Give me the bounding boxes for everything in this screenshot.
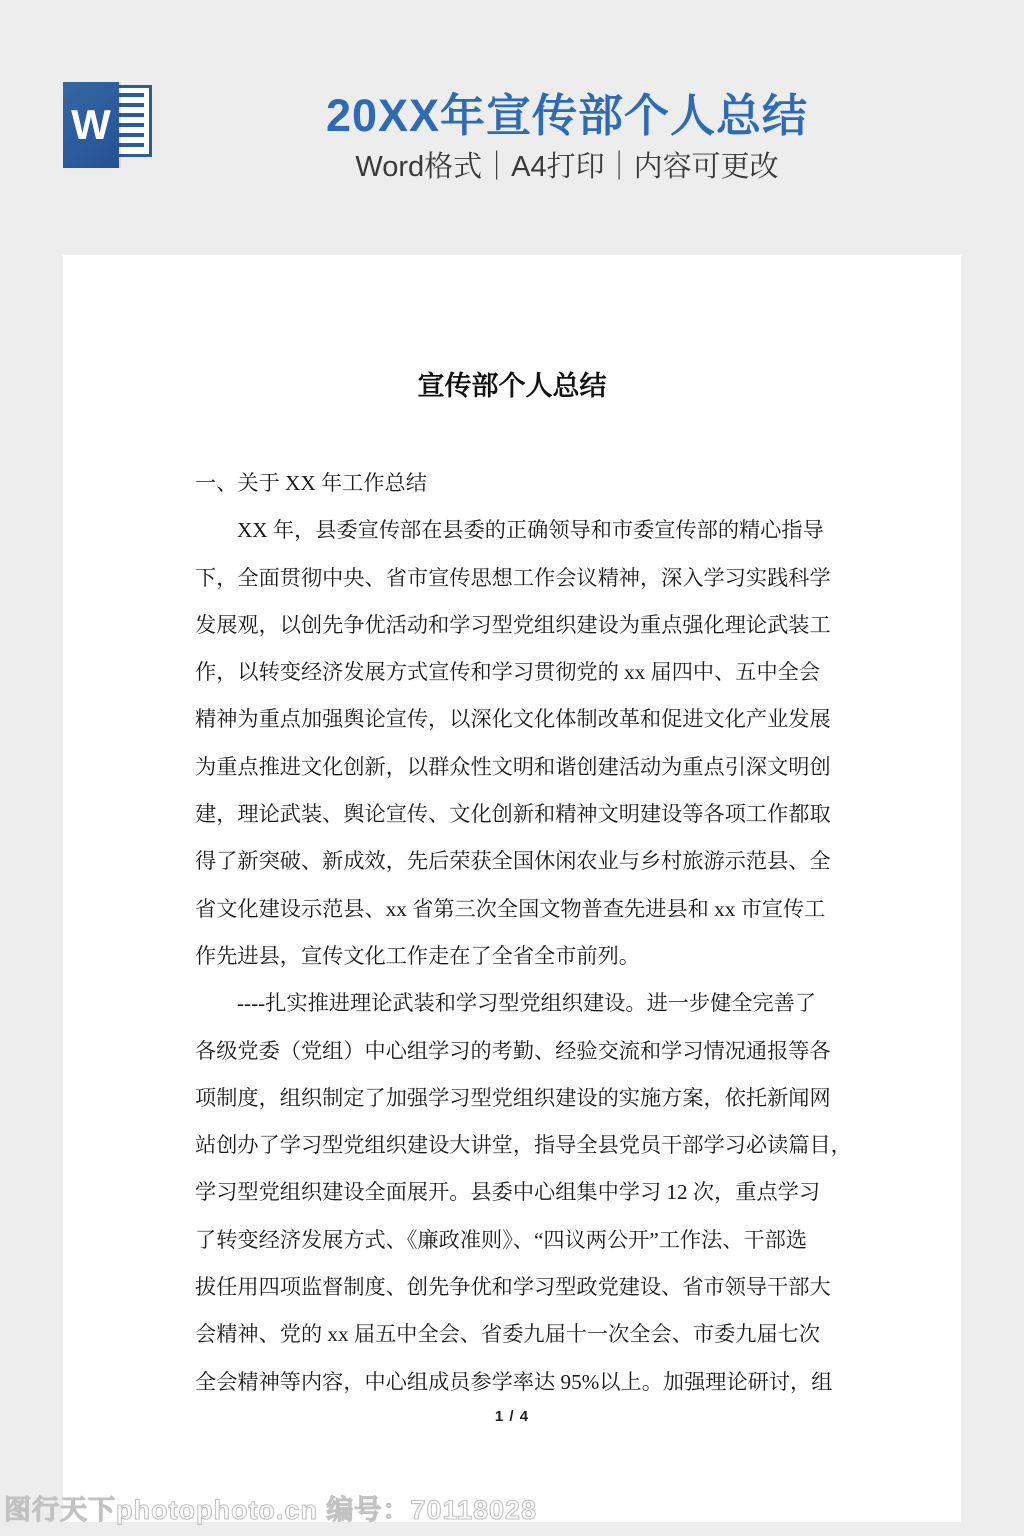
page-number: 1 / 4 — [63, 1407, 961, 1427]
text-line: 全会精神等内容，中心组成员参学率达 95%以上。加强理论研讨，组 — [195, 1359, 833, 1406]
watermark-text: 图行天下photophoto.cn 编号：70118028 — [4, 1488, 537, 1527]
word-icon-letter: W — [71, 104, 111, 146]
template-title: 20XX年宣传部个人总结 — [110, 90, 1024, 142]
text-line: 建，理论武装、舆论宣传、文化创新和精神文明建设等各项工作都取 — [195, 791, 833, 838]
text-line: 下，全面贯彻中央、省市宣传思想工作会议精神，深入学习实践科学 — [195, 555, 833, 602]
text-line: 一、关于 XX 年工作总结 — [195, 460, 833, 507]
document-page: 宣传部个人总结 一、关于 XX 年工作总结XX 年，县委宣传部在县委的正确领导和… — [63, 255, 961, 1522]
text-line: 拔任用四项监督制度、创先争优和学习型政党建设、省市领导干部大 — [195, 1264, 833, 1311]
text-line: XX 年，县委宣传部在县委的正确领导和市委宣传部的精心指导 — [195, 507, 833, 554]
document-body: 一、关于 XX 年工作总结XX 年，县委宣传部在县委的正确领导和市委宣传部的精心… — [195, 460, 833, 1406]
page-header: W 20XX年宣传部个人总结 Word格式｜A4打印｜内容可更改 — [0, 0, 1024, 230]
text-line: 作先进县，宣传文化工作走在了全省全市前列。 — [195, 933, 833, 980]
header-text: 20XX年宣传部个人总结 Word格式｜A4打印｜内容可更改 — [110, 90, 1024, 183]
text-line: 学习型党组织建设全面展开。县委中心组集中学习 12 次，重点学习 — [195, 1169, 833, 1216]
text-line: 省文化建设示范县、xx 省第三次全国文物普查先进县和 xx 市宣传工 — [195, 886, 833, 933]
text-line: 了转变经济发展方式、《廉政准则》、“四议两公开”工作法、干部选 — [195, 1217, 833, 1264]
document-title: 宣传部个人总结 — [63, 255, 961, 403]
text-line: 各级党委（党组）中心组学习的考勤、经验交流和学习情况通报等各 — [195, 1028, 833, 1075]
text-line: 站创办了学习型党组织建设大讲堂，指导全县党员干部学习必读篇目， — [195, 1122, 833, 1169]
text-line: 为重点推进文化创新，以群众性文明和谐创建活动为重点引深文明创 — [195, 744, 833, 791]
text-line: 发展观，以创先争优活动和学习型党组织建设为重点强化理论武装工 — [195, 602, 833, 649]
text-line: 精神为重点加强舆论宣传，以深化文化体制改革和促进文化产业发展 — [195, 696, 833, 743]
text-line: 作，以转变经济发展方式宣传和学习贯彻党的 xx 届四中、五中全会 — [195, 649, 833, 696]
text-line: ----扎实推进理论武装和学习型党组织建设。进一步健全完善了 — [195, 980, 833, 1027]
text-line: 得了新突破、新成效，先后荣获全国休闲农业与乡村旅游示范县、全 — [195, 838, 833, 885]
text-line: 会精神、党的 xx 届五中全会、省委九届十一次全会、市委九届七次 — [195, 1311, 833, 1358]
template-subtitle: Word格式｜A4打印｜内容可更改 — [110, 151, 1024, 183]
text-line: 项制度，组织制定了加强学习型党组织建设的实施方案，依托新闻网 — [195, 1075, 833, 1122]
